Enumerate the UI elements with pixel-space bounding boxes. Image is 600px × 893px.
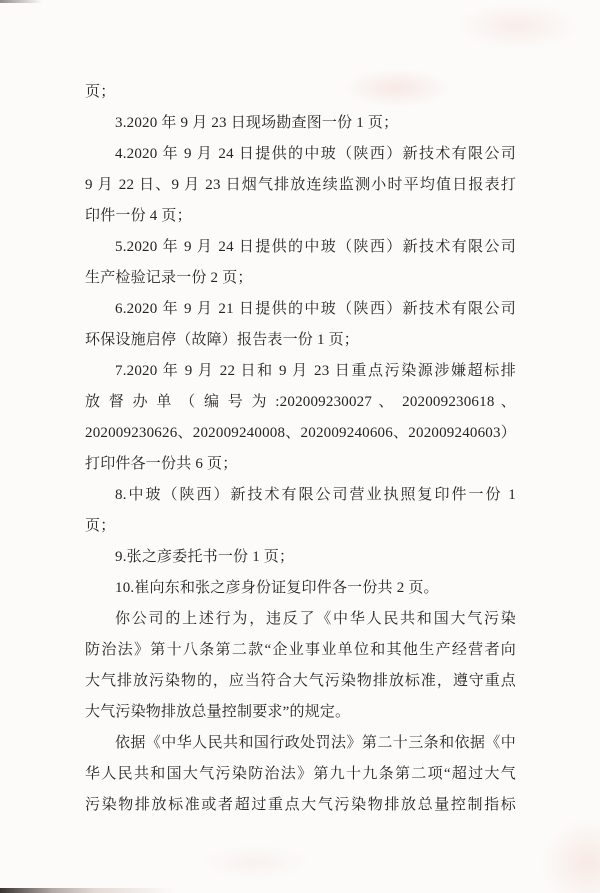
- doc-line-item-6-cont: 环保设施启停（故障）报告表一份 1 页；: [85, 325, 516, 356]
- doc-line-item-7-cont: 打印件各一份共 6 页；: [85, 449, 516, 480]
- scan-artifact-smudge: [455, 2, 580, 50]
- doc-line-violation-para: 大气排放污染物的，应当符合大气污染物排放标准，遵守重点: [85, 666, 516, 697]
- doc-line-legal-basis-para: 华人民共和国大气污染防治法》第九十九条第二项“超过大气: [85, 759, 516, 790]
- doc-line-item-8-cont: 页；: [85, 511, 516, 542]
- doc-line-legal-basis-para: 依据《中华人民共和国行政处罚法》第二十三条和依据《中: [85, 728, 516, 759]
- scan-edge-artifact-top: [0, 0, 42, 3]
- doc-line-item-3: 3.2020 年 9 月 23 日现场勘查图一份 1 页；: [85, 108, 516, 139]
- doc-line-item-4: 4.2020 年 9 月 24 日提供的中玻（陕西）新技术有限公司: [85, 139, 516, 170]
- scan-artifact-smudge: [540, 818, 600, 893]
- scan-edge-artifact-bottom: [0, 888, 175, 893]
- doc-line-item-7-cont: 放 督 办 单 （ 编 号 为 :202009230027 、 20200923…: [85, 387, 516, 418]
- doc-line-item-4-cont: 9 月 22 日、9 月 23 日烟气排放连续监测小时平均值日报表打: [85, 170, 516, 201]
- doc-line-item-5: 5.2020 年 9 月 24 日提供的中玻（陕西）新技术有限公司: [85, 232, 516, 263]
- doc-line-item-7: 7.2020 年 9 月 22 日和 9 月 23 日重点污染源涉嫌超标排: [85, 356, 516, 387]
- doc-line-item-4-cont: 印件一份 4 页；: [85, 201, 516, 232]
- doc-line-legal-basis-para: 污染物排放标准或者超过重点大气污染物排放总量控制指标: [85, 790, 516, 821]
- doc-line-item-5-cont: 生产检验记录一份 2 页；: [85, 263, 516, 294]
- doc-line-item-9: 9.张之彦委托书一份 1 页；: [85, 542, 516, 573]
- doc-line-violation-para: 大气污染物排放总量控制要求”的规定。: [85, 697, 516, 728]
- document-body: 页； 3.2020 年 9 月 23 日现场勘查图一份 1 页； 4.2020 …: [85, 77, 516, 821]
- scan-artifact-smudge: [200, 845, 310, 880]
- document-page: 页； 3.2020 年 9 月 23 日现场勘查图一份 1 页； 4.2020 …: [0, 0, 600, 893]
- doc-line-violation-para: 你公司的上述行为，违反了《中华人民共和国大气污染: [85, 604, 516, 635]
- doc-line-item-6: 6.2020 年 9 月 21 日提供的中玻（陕西）新技术有限公司: [85, 294, 516, 325]
- doc-line-item-7-cont: 202009230626、202009240008、202009240606、2…: [85, 418, 516, 449]
- doc-line-violation-para: 防治法》第十八条第二款“企业事业单位和其他生产经营者向: [85, 635, 516, 666]
- doc-line-item-8: 8.中玻（陕西）新技术有限公司营业执照复印件一份 1: [85, 480, 516, 511]
- doc-line-continuation: 页；: [85, 77, 516, 108]
- doc-line-item-10: 10.崔向东和张之彦身份证复印件各一份共 2 页。: [85, 573, 516, 604]
